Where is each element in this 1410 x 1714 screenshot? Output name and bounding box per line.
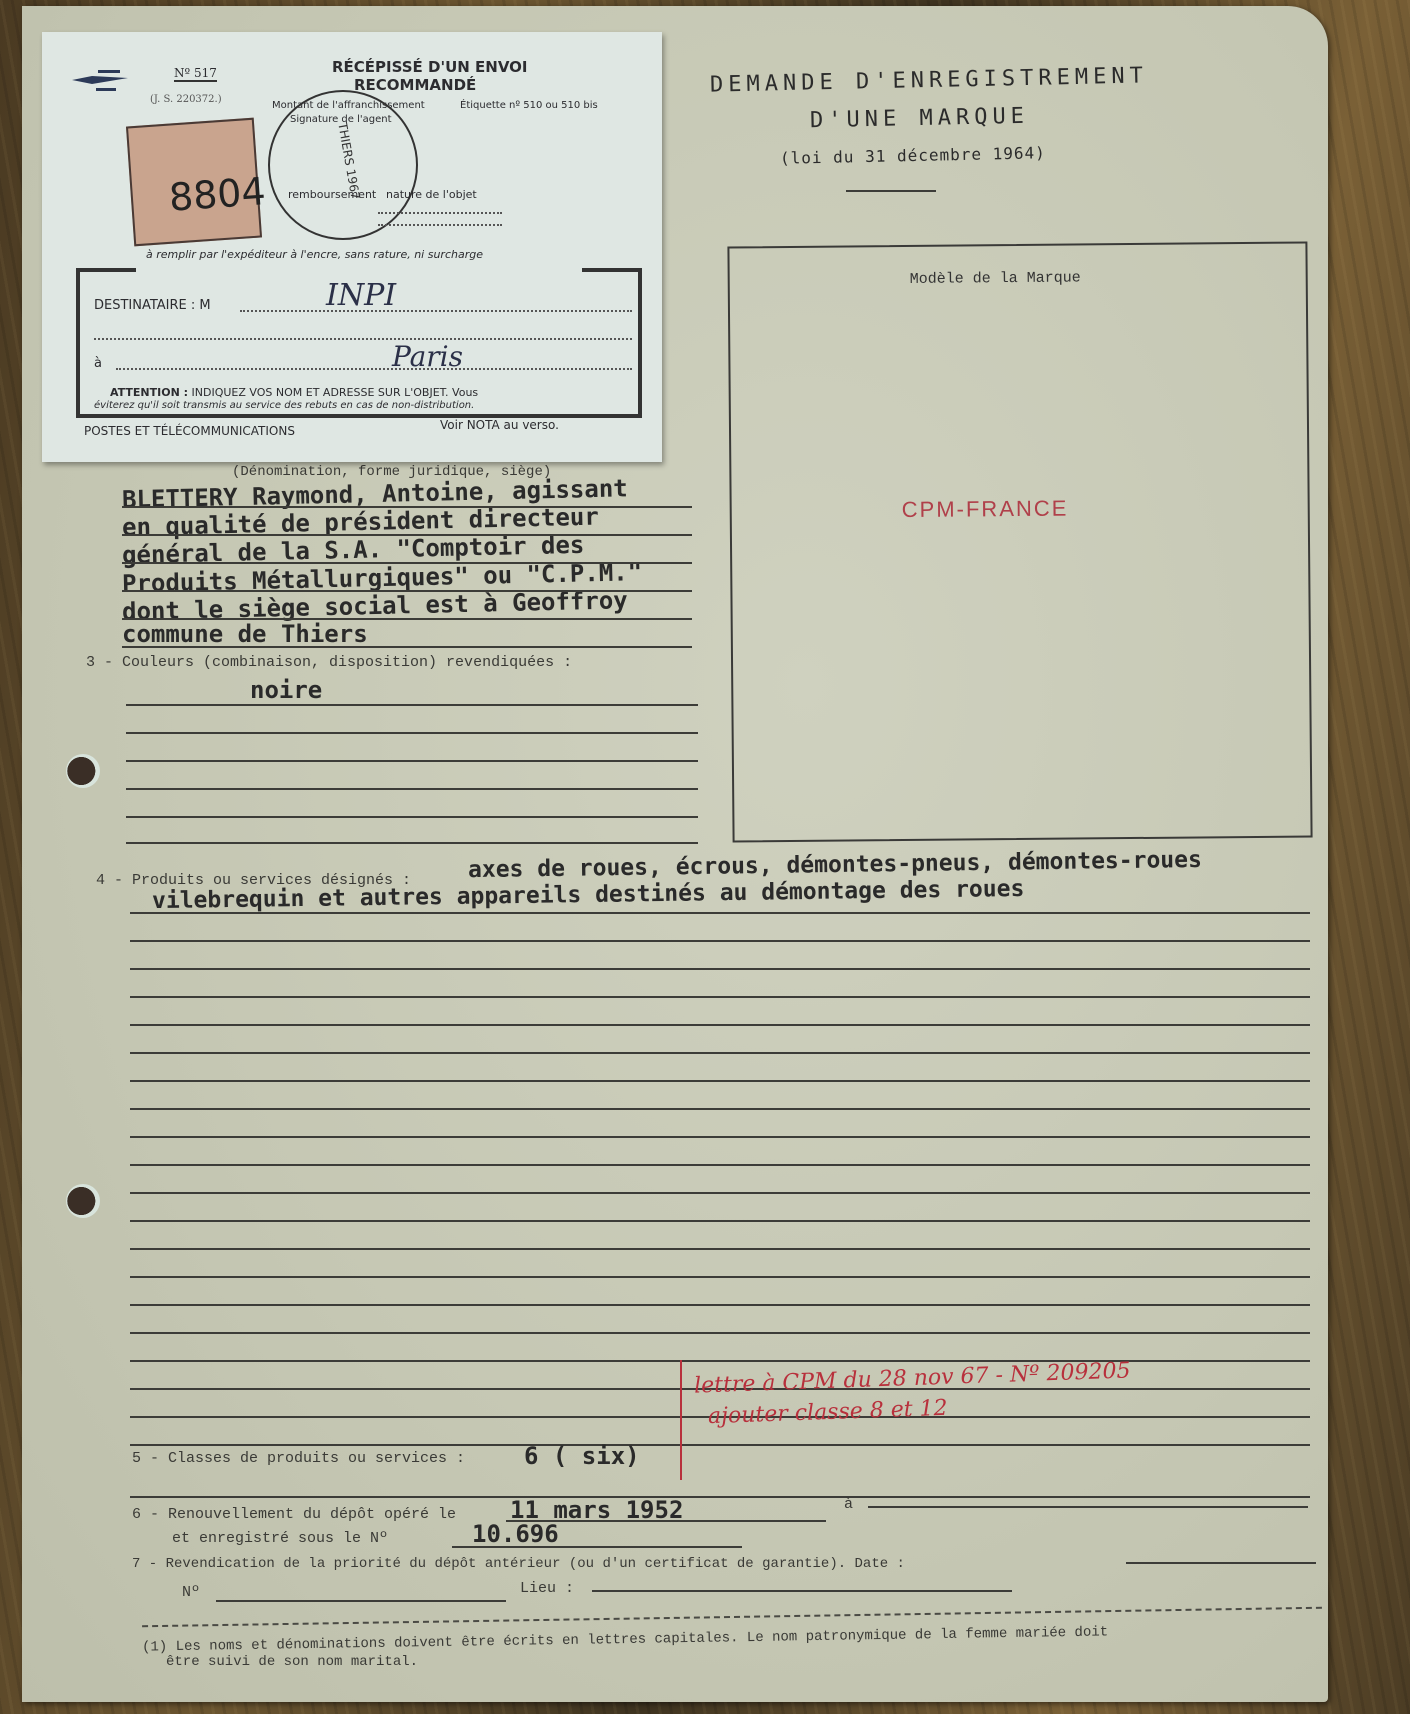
form-rule <box>130 1276 1310 1278</box>
handwritten-note-line-1: lettre à CPM du 28 nov 67 - Nº 209205 <box>694 1358 1131 1398</box>
form-rule <box>130 1080 1310 1082</box>
attention-notice: ATTENTION : INDIQUEZ VOS NOM ET ADRESSE … <box>110 386 478 399</box>
footnote-line-1: (1) Les noms et dénominations doivent êt… <box>142 1624 1108 1655</box>
colors-value: noire <box>250 676 322 704</box>
city-field[interactable] <box>116 368 632 370</box>
receipt-footer-left: POSTES ET TÉLÉCOMMUNICATIONS <box>84 424 295 438</box>
postal-logo-icon <box>70 66 130 96</box>
form-rule <box>130 996 1310 998</box>
form-rule <box>126 704 698 706</box>
fill-instruction: à remplir par l'expéditeur à l'encre, sa… <box>146 248 483 261</box>
form-rule <box>122 618 692 620</box>
red-margin-mark <box>680 1360 682 1480</box>
form-rule <box>1126 1562 1316 1564</box>
form-rule <box>130 1024 1310 1026</box>
model-box-title: Modèle de la Marque <box>910 269 1081 287</box>
registration-label-sticker: 8804 <box>126 118 262 247</box>
form-rule <box>122 534 692 536</box>
registration-number: 10.696 <box>472 1520 559 1548</box>
punch-hole <box>66 754 100 788</box>
footnote-separator <box>142 1607 1322 1628</box>
section-7-place-label: Lieu : <box>520 1580 574 1597</box>
cod-label: remboursement <box>288 188 376 201</box>
form-rule <box>130 1248 1310 1250</box>
form-rule <box>130 1052 1310 1054</box>
form-rule <box>126 732 698 734</box>
attention-text: INDIQUEZ VOS NOM ET ADRESSE SUR L'OBJET.… <box>192 386 479 399</box>
item-nature-label: nature de l'objet <box>386 188 477 201</box>
form-rule <box>592 1590 1012 1592</box>
city-handwritten: Paris <box>392 340 463 373</box>
section-7-number-label: Nº <box>182 1584 200 1601</box>
form-rule <box>126 842 698 844</box>
renewal-place-label: à <box>844 1496 853 1513</box>
trademark-model-box: Modèle de la Marque CPM-FRANCE <box>727 241 1312 842</box>
receipt-ref: (J. S. 220372.) <box>150 94 222 105</box>
section-7-label: 7 - Revendication de la priorité du dépô… <box>132 1556 905 1572</box>
address-field[interactable] <box>94 338 632 340</box>
dotted-field <box>378 224 502 226</box>
form-rule <box>126 788 698 790</box>
punch-hole <box>66 1184 100 1218</box>
form-rule <box>126 816 698 818</box>
city-label: à <box>94 356 102 371</box>
attention-label: ATTENTION : <box>110 386 188 399</box>
form-rule <box>130 1444 1310 1446</box>
label-number: Étiquette nº 510 ou 510 bis <box>460 100 598 111</box>
form-law-reference: (loi du 31 décembre 1964) <box>780 143 1046 168</box>
form-rule <box>130 1108 1310 1110</box>
recipient-field[interactable] <box>240 310 632 312</box>
form-rule <box>122 646 692 648</box>
form-rule <box>130 1220 1310 1222</box>
applicant-line: commune de Thiers <box>122 620 368 648</box>
section-3-label: 3 - Couleurs (combinaison, disposition) … <box>86 654 572 671</box>
title-divider <box>846 190 936 192</box>
form-rule <box>126 760 698 762</box>
form-rule <box>130 968 1310 970</box>
form-rule <box>216 1600 506 1602</box>
form-rule <box>122 506 692 508</box>
receipt-number: Nº 517 <box>174 66 217 82</box>
attention-line-2: éviterez qu'il soit transmis au service … <box>94 400 474 411</box>
registered-mail-receipt: Nº 517 (J. S. 220372.) RÉCÉPISSÉ D'UN EN… <box>42 32 662 462</box>
section-6-label: 6 - Renouvellement du dépôt opéré le <box>132 1506 456 1523</box>
recipient-box: DESTINATAIRE : M INPI à Paris ATTENTION … <box>76 268 642 418</box>
form-rule <box>130 1164 1310 1166</box>
form-rule <box>130 1304 1310 1306</box>
receipt-subtitle: RECOMMANDÉ <box>354 76 476 94</box>
form-title: DEMANDE D'ENREGISTREMENT <box>710 63 1148 97</box>
form-subtitle: D'UNE MARQUE <box>810 104 1029 134</box>
form-rule <box>122 562 692 564</box>
form-rule <box>130 1332 1310 1334</box>
recipient-label: DESTINATAIRE : M <box>94 298 211 313</box>
registration-sticker-number: 8804 <box>168 169 268 220</box>
form-rule <box>130 940 1310 942</box>
handwritten-note-line-2: ajouter classe 8 et 12 <box>708 1396 948 1429</box>
trademark-stamp: CPM-FRANCE <box>902 496 1069 523</box>
form-rule <box>452 1546 742 1548</box>
receipt-footer-right: Voir NOTA au verso. <box>440 418 559 432</box>
footnote-line-2: être suivi de son nom marital. <box>166 1654 418 1670</box>
form-rule <box>130 1136 1310 1138</box>
dotted-field <box>378 212 502 214</box>
form-rule <box>122 590 692 592</box>
classes-value: 6 ( six) <box>524 1442 640 1470</box>
form-rule <box>130 1192 1310 1194</box>
form-rule <box>868 1506 1308 1508</box>
recipient-handwritten: INPI <box>326 278 396 313</box>
form-rule <box>130 1496 1310 1498</box>
form-rule <box>130 1360 1310 1362</box>
postmark-stamp: THIERS 1967 <box>268 90 418 240</box>
form-rule <box>130 912 1310 914</box>
section-5-label: 5 - Classes de produits ou services : <box>132 1450 465 1467</box>
receipt-title: RÉCÉPISSÉ D'UN ENVOI <box>332 58 528 76</box>
registration-label: et enregistré sous le Nº <box>172 1530 388 1547</box>
